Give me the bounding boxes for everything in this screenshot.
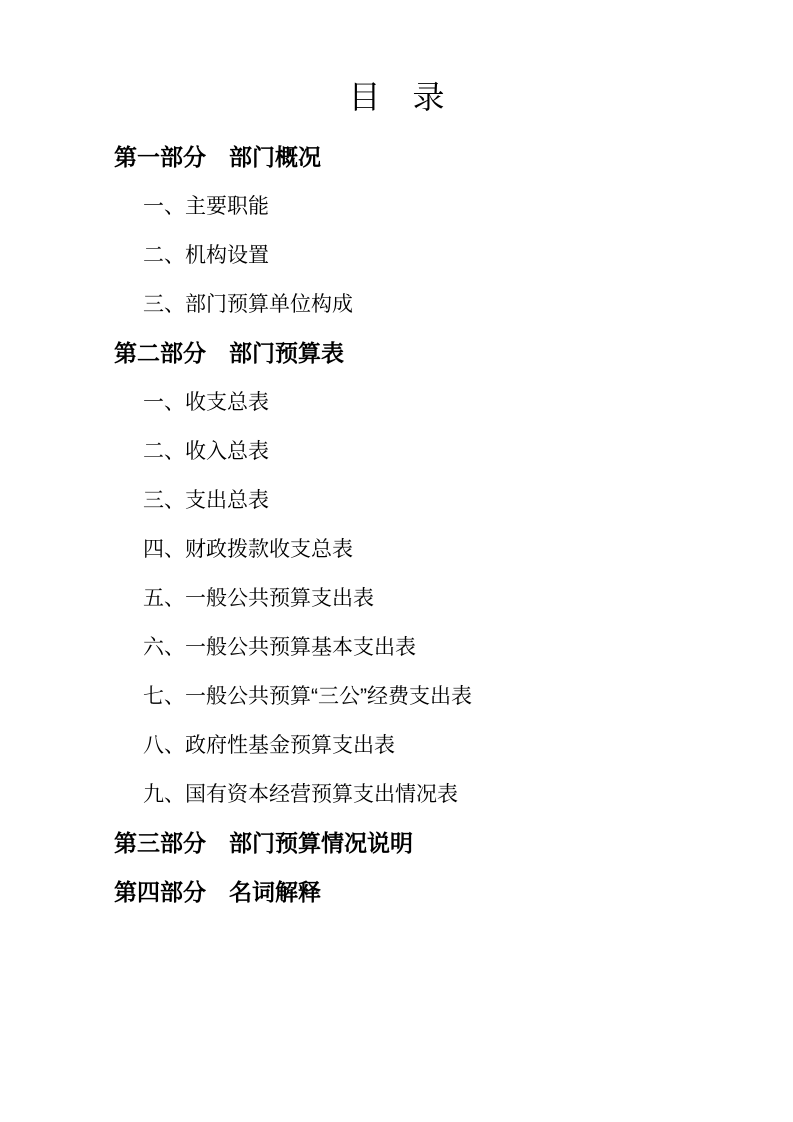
toc-item: 五、一般公共预算支出表	[0, 574, 793, 623]
toc-item: 二、机构设置	[0, 231, 793, 280]
toc-part-heading: 第三部分 部门预算情况说明	[0, 819, 793, 868]
toc-item: 六、一般公共预算基本支出表	[0, 623, 793, 672]
toc-item: 八、政府性基金预算支出表	[0, 721, 793, 770]
toc-item: 七、一般公共预算“三公”经费支出表	[0, 672, 793, 721]
doc-title: 目 录	[0, 81, 793, 113]
toc-item: 四、财政拨款收支总表	[0, 525, 793, 574]
table-of-contents: 第一部分 部门概况 一、主要职能 二、机构设置 三、部门预算单位构成 第二部分 …	[0, 133, 793, 917]
toc-part-heading: 第一部分 部门概况	[0, 133, 793, 182]
toc-item: 三、支出总表	[0, 476, 793, 525]
toc-item: 九、国有资本经营预算支出情况表	[0, 770, 793, 819]
toc-item: 一、收支总表	[0, 378, 793, 427]
toc-part-heading: 第二部分 部门预算表	[0, 329, 793, 378]
toc-part-heading: 第四部分 名词解释	[0, 868, 793, 917]
toc-item: 三、部门预算单位构成	[0, 280, 793, 329]
toc-item: 一、主要职能	[0, 182, 793, 231]
toc-item: 二、收入总表	[0, 427, 793, 476]
document-page: 目 录 第一部分 部门概况 一、主要职能 二、机构设置 三、部门预算单位构成 第…	[0, 0, 793, 1122]
